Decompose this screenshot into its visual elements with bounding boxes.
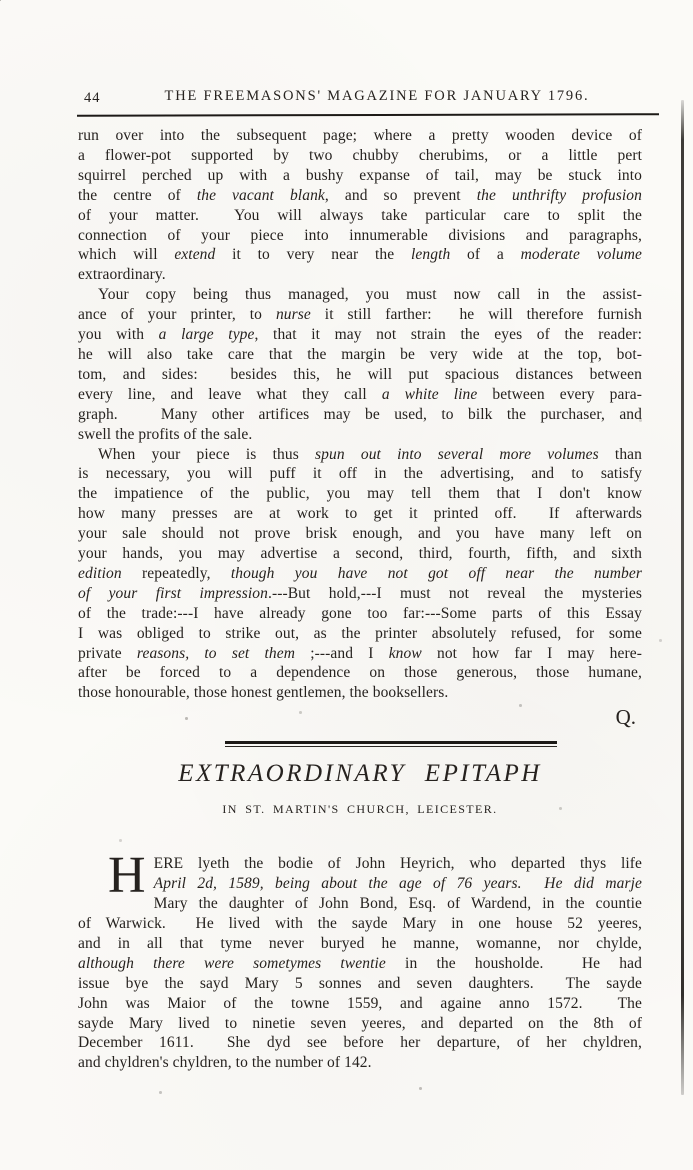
book-edge-line [681,100,684,1095]
text-line: and in all that tyme never buryed he man… [78,934,642,954]
text-line: a flower-pot supported by two chubby che… [78,146,642,166]
text-line: run over into the subsequent page; where… [78,126,642,146]
text-line: April 2d, 1589, being about the age of 7… [78,874,642,894]
text-line: Your copy being thus managed, you must n… [78,285,642,305]
magazine-page: 44 THE FREEMASONS' MAGAZINE FOR JANUARY … [0,0,693,1170]
text-line: connection of your piece into innumerabl… [78,226,642,246]
text-line: Mary the daughter of John Bond, Esq. of … [78,894,642,914]
text-line: of the trade:---I have already gone too … [78,604,642,624]
text-column: run over into the subsequent page; where… [78,126,650,1073]
scan-speckles [0,0,1,1]
text-line: When your piece is thus spun out into se… [78,445,642,465]
text-line: you with a large type, that it may not s… [78,325,642,345]
page-number: 44 [84,90,101,107]
text-line: every line, and leave what they call a w… [78,385,642,405]
text-line: how many presses are at work to get it p… [78,504,642,524]
text-line: your sale should not prove brisk enough,… [78,524,642,544]
text-line: and chyldren's chyldren, to the number o… [78,1053,642,1073]
text-line: tom, and sides: besides this, he will pu… [78,365,642,385]
text-line: those honourable, those honest gentlemen… [78,683,642,703]
section-divider-rule [225,741,557,747]
text-line: your hands, you may advertise a second, … [78,544,642,564]
text-line: ance of your printer, to nurse it still … [78,305,642,325]
text-line: December 1611. She dyd see before her de… [78,1033,642,1053]
text-line: of Warwick. He lived with the sayde Mary… [78,914,642,934]
author-signature: Q. [78,705,642,729]
text-line: ERE lyeth the bodie of John Heyrich, who… [78,854,642,874]
essay-paragraph-1: run over into the subsequent page; where… [78,126,642,285]
magazine-title: THE FREEMASONS' MAGAZINE FOR JANUARY 179… [78,88,650,105]
text-line: he will also take care that the margin b… [78,345,642,365]
epitaph-paragraph: H ERE lyeth the bodie of John Heyrich, w… [78,854,642,1073]
text-line: of your first impression.---But hold,---… [78,584,642,604]
text-line: I was obliged to strike out, as the prin… [78,624,642,644]
header-rule [77,113,659,117]
text-line: graph. Many other artifices may be used,… [78,405,642,425]
text-line: squirrel perched up with a bushy expanse… [78,166,642,186]
text-line: is necessary, you will puff it off in th… [78,464,642,484]
epitaph-lines: ERE lyeth the bodie of John Heyrich, who… [78,854,642,1073]
text-line: the centre of the vacant blank, and so p… [78,186,642,206]
epitaph-title: EXTRAORDINARY EPITAPH [78,760,642,788]
text-line: of your matter. You will always take par… [78,206,642,226]
page-header: 44 THE FREEMASONS' MAGAZINE FOR JANUARY … [78,88,650,110]
text-line: edition repeatedly, though you have not … [78,564,642,584]
text-line: private reasons, to set them ;---and I k… [78,644,642,664]
text-line: swell the profits of the sale. [78,425,642,445]
essay-paragraph-3: When your piece is thus spun out into se… [78,445,642,704]
epitaph-subtitle: IN ST. MARTIN'S CHURCH, LEICESTER. [78,802,642,817]
text-line: John was Maior of the towne 1559, and ag… [78,994,642,1014]
text-line: issue bye the sayd Mary 5 sonnes and sev… [78,974,642,994]
text-line: the impatience of the public, you may te… [78,484,642,504]
drop-cap-letter: H [108,856,146,896]
text-line: sayde Mary lived to ninetie seven yeeres… [78,1014,642,1034]
text-line: which will extend it to very near the le… [78,245,642,265]
text-line: although there were sometymes twentie in… [78,954,642,974]
essay-paragraph-2: Your copy being thus managed, you must n… [78,285,642,444]
text-line: after be forced to a dependence on those… [78,663,642,683]
text-line: extraordinary. [78,265,642,285]
